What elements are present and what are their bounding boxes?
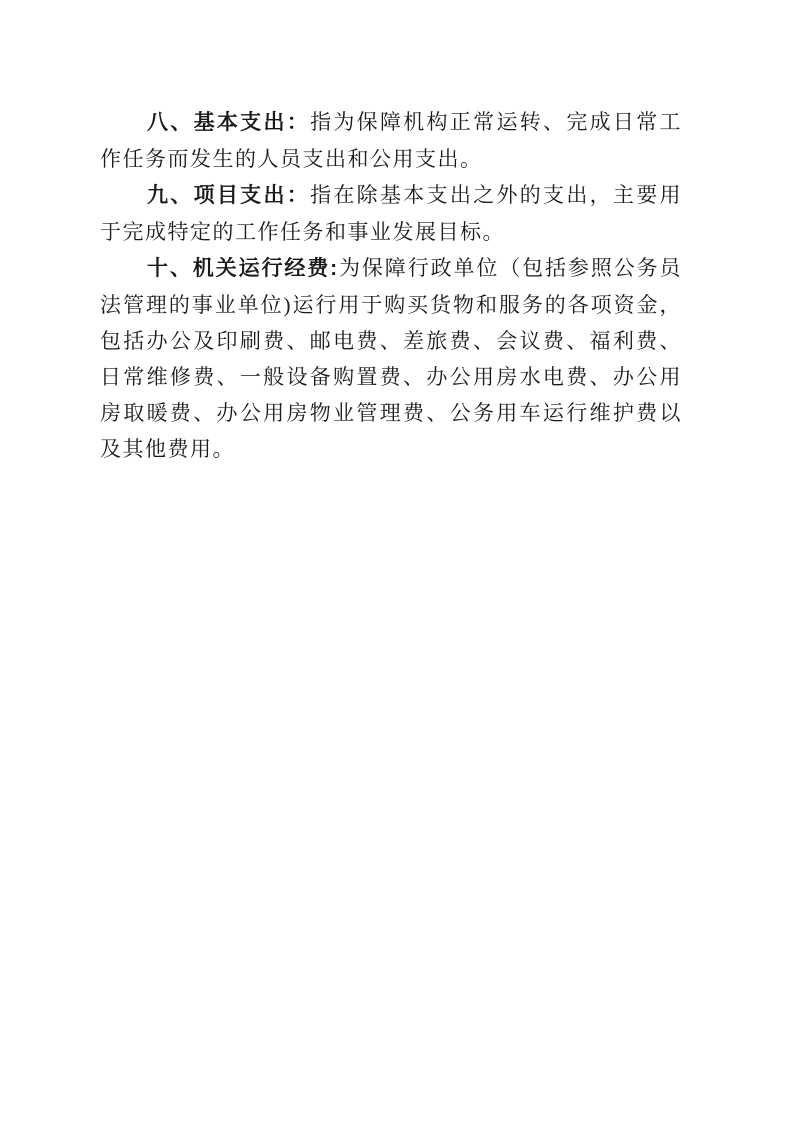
term-label-basic-expenditure: 八、基本支出： xyxy=(147,111,310,134)
text-line: 八、基本支出：指为保障机构正常运转、完成日常工 xyxy=(100,104,682,141)
term-label-project-expenditure: 九、项目支出： xyxy=(147,184,310,207)
document-page: 八、基本支出：指为保障机构正常运转、完成日常工 作任务而发生的人员支出和公用支出… xyxy=(0,0,793,1122)
line-text: 为保障行政单位（包括参照公务员 xyxy=(339,256,682,280)
paragraph-project-expenditure: 九、项目支出：指在除基本支出之外的支出，主要用 于完成特定的工作任务和事业发展目… xyxy=(100,177,682,250)
text-line: 十、机关运行经费:为保障行政单位（包括参照公务员 xyxy=(100,250,682,287)
text-line: 法管理的事业单位)运行用于购买货物和服务的各项资金， xyxy=(100,287,682,323)
paragraph-basic-expenditure: 八、基本支出：指为保障机构正常运转、完成日常工 作任务而发生的人员支出和公用支出… xyxy=(100,104,682,177)
text-line: 于完成特定的工作任务和事业发展目标。 xyxy=(100,214,682,250)
line-text: 指在除基本支出之外的支出，主要用 xyxy=(310,183,682,207)
text-line: 包括办公及印刷费、邮电费、差旅费、会议费、福利费、 xyxy=(100,323,682,359)
text-line: 房取暖费、办公用房物业管理费、公务用车运行维护费以 xyxy=(100,395,682,431)
document-body: 八、基本支出：指为保障机构正常运转、完成日常工 作任务而发生的人员支出和公用支出… xyxy=(100,104,682,467)
line-text: 指为保障机构正常运转、完成日常工 xyxy=(310,110,682,134)
text-line: 及其他费用。 xyxy=(100,431,682,467)
text-line: 日常维修费、一般设备购置费、办公用房水电费、办公用 xyxy=(100,359,682,395)
term-label-agency-operating-funds: 十、机关运行经费: xyxy=(147,257,339,280)
paragraph-agency-operating-funds: 十、机关运行经费:为保障行政单位（包括参照公务员 法管理的事业单位)运行用于购买… xyxy=(100,250,682,467)
text-line: 九、项目支出：指在除基本支出之外的支出，主要用 xyxy=(100,177,682,214)
text-line: 作任务而发生的人员支出和公用支出。 xyxy=(100,141,682,177)
